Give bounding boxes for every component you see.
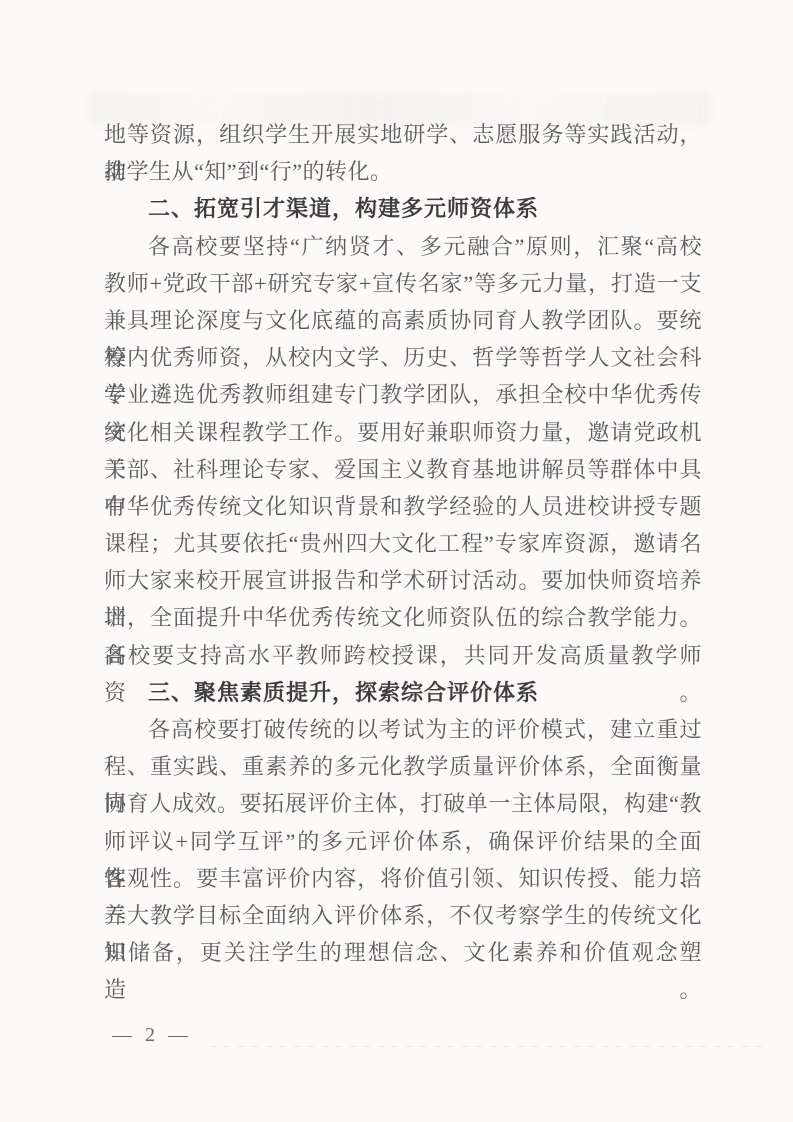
section-heading: 二、拓宽引才渠道，构建多元师资体系 bbox=[104, 190, 702, 227]
text-line: 校内优秀师资，从校内文学、历史、哲学等哲学人文社会科学 bbox=[104, 339, 702, 376]
text-line: 教师+党政干部+研究专家+宣传名家”等多元力量，打造一支 bbox=[104, 265, 702, 302]
scanned-document-page: { "page": { "colors": { "paper": "#fbfaf… bbox=[0, 0, 793, 1122]
text-line: 干部、社科理论专家、爱国主义教育基地讲解员等群体中具有 bbox=[104, 451, 702, 488]
text-line: 师评议+同学互评”的多元评价体系，确保评价结果的全面性、 bbox=[104, 823, 702, 860]
text-line: 中华优秀传统文化知识背景和教学经验的人员进校讲授专题 bbox=[104, 488, 702, 525]
text-line: 程、重实践、重素养的多元化教学质量评价体系，全面衡量协 bbox=[104, 748, 702, 785]
text-line: 三大教学目标全面纳入评价体系，不仅考察学生的传统文化知 bbox=[104, 897, 702, 934]
text-line: 训，全面提升中华优秀传统文化师资队伍的综合教学能力。各 bbox=[104, 599, 702, 636]
footer-scanline-artifact bbox=[210, 1046, 770, 1047]
text-line: 文化相关课程教学工作。要用好兼职师资力量，邀请党政机关 bbox=[104, 414, 702, 451]
text-line: 动学生从“知”到“行”的转化。 bbox=[104, 153, 702, 190]
text-line: 地等资源，组织学生开展实地研学、志愿服务等实践活动，推 bbox=[104, 116, 702, 153]
text-line: 识储备，更关注学生的理想信念、文化素养和价值观念塑造。 bbox=[104, 934, 702, 971]
page-number: — 2 — bbox=[112, 1024, 192, 1047]
text-line: 兼具理论深度与文化底蕴的高素质协同育人教学团队。要统筹 bbox=[104, 302, 702, 339]
text-line: 师大家来校开展宣讲报告和学术研讨活动。要加快师资培养培 bbox=[104, 562, 702, 599]
text-line: 高校要支持高水平教师跨校授课，共同开发高质量教学师资。 bbox=[104, 637, 702, 674]
text-line: 客观性。要丰富评价内容，将价值引领、知识传授、能力培养 bbox=[104, 860, 702, 897]
text-line: 各高校要打破传统的以考试为主的评价模式，建立重过 bbox=[104, 711, 702, 748]
text-line: 各高校要坚持“广纳贤才、多元融合”原则，汇聚“高校 bbox=[104, 228, 702, 265]
document-text-block: 地等资源，组织学生开展实地研学、志愿服务等实践活动，推动学生从“知”到“行”的转… bbox=[104, 116, 702, 971]
text-line: 课程；尤其要依托“贵州四大文化工程”专家库资源，邀请名 bbox=[104, 525, 702, 562]
text-line: 同育人成效。要拓展评价主体，打破单一主体局限，构建“教 bbox=[104, 785, 702, 822]
text-line: 专业遴选优秀教师组建专门教学团队，承担全校中华优秀传统 bbox=[104, 376, 702, 413]
